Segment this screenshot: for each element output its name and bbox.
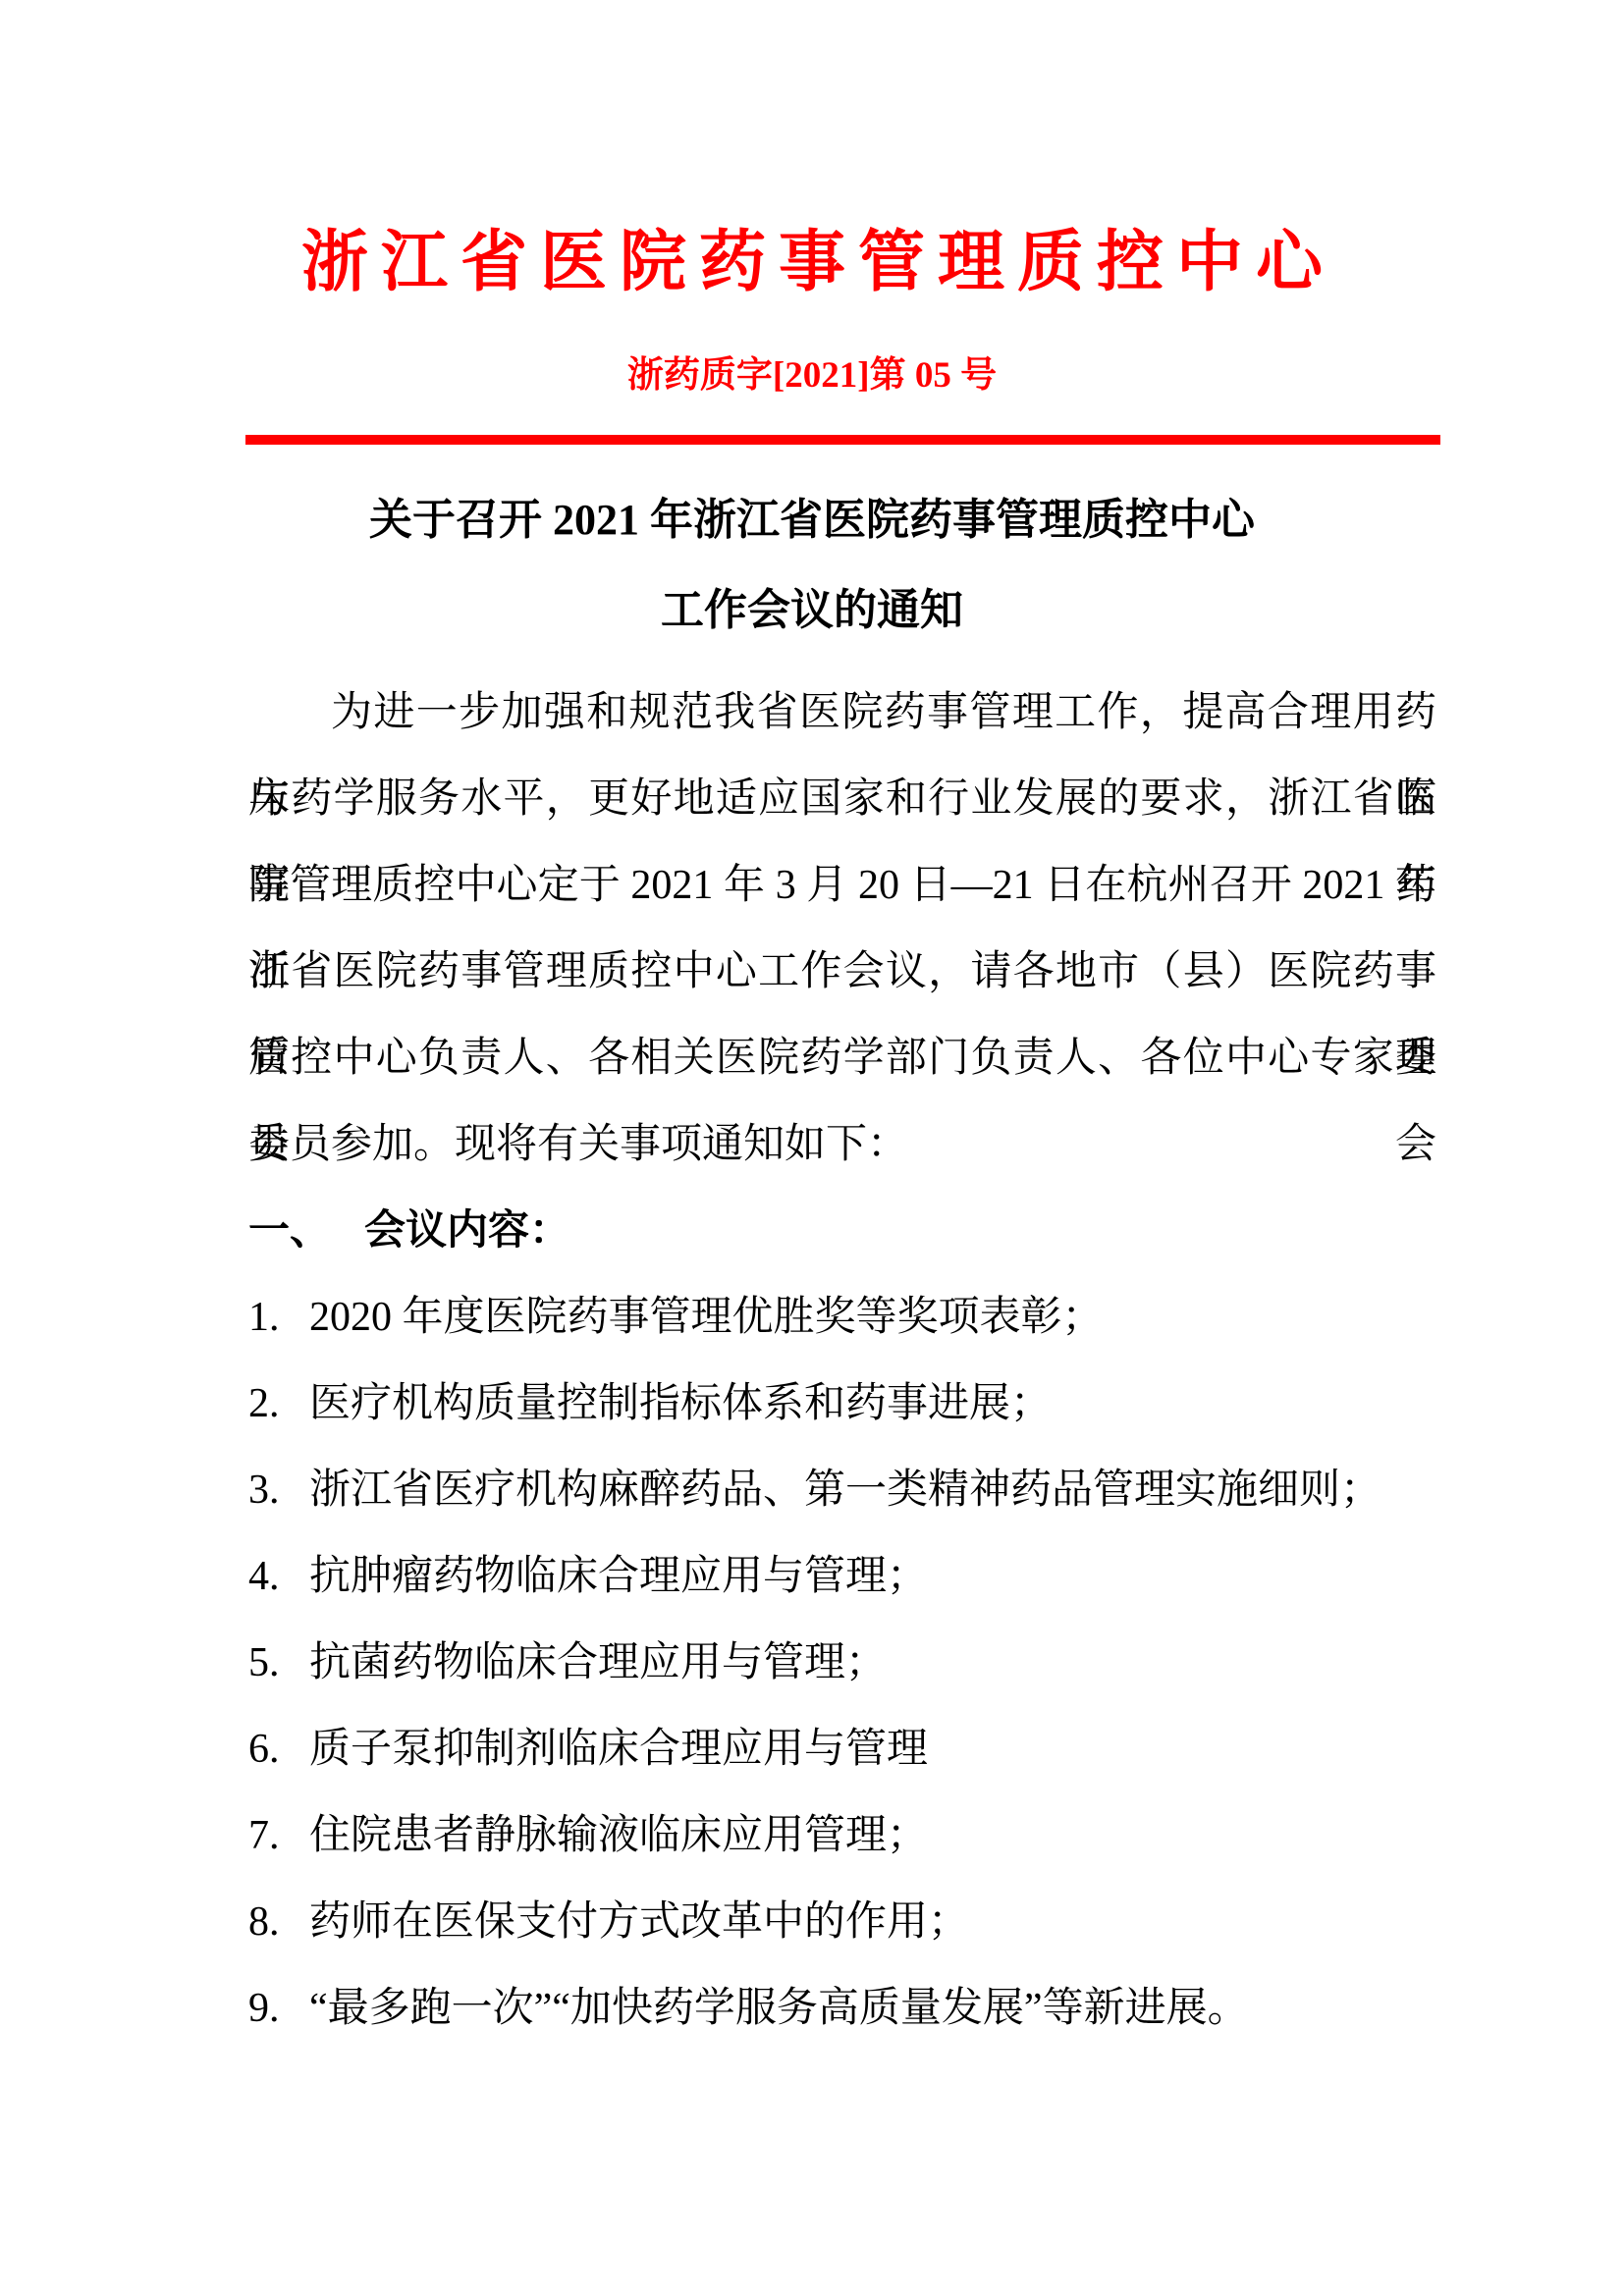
list-item: 2. 医疗机构质量控制指标体系和药事进展； <box>248 1361 1436 1447</box>
section-label: 会议内容： <box>364 1188 570 1274</box>
list-item: 1. 2020 年度医院药事管理优胜奖等奖项表彰； <box>248 1274 1436 1361</box>
section-heading: 一、 会议内容： <box>248 1188 1436 1274</box>
notice-body: 为进一步加强和规范我省医院药事管理工作，提高合理用药与临 床药学服务水平，更好地… <box>248 669 1436 2052</box>
item-number: 6. <box>248 1706 309 1792</box>
organization-title: 浙江省医院药事管理质控中心 <box>0 209 1624 304</box>
list-item: 8. 药师在医保支付方式改革中的作用； <box>248 1879 1436 1965</box>
notice-title-line-1: 关于召开 2021 年浙江省医院药事管理质控中心 <box>0 475 1624 565</box>
list-item: 6. 质子泵抑制剂临床合理应用与管理 <box>248 1706 1436 1792</box>
notice-title-line-2: 工作会议的通知 <box>0 565 1624 656</box>
item-number: 1. <box>248 1274 309 1361</box>
item-number: 5. <box>248 1620 309 1706</box>
item-text: 抗菌药物临床合理应用与管理； <box>309 1620 1436 1706</box>
item-number: 2. <box>248 1361 309 1447</box>
item-text: 浙江省医疗机构麻醉药品、第一类精神药品管理实施细则； <box>309 1447 1436 1533</box>
item-number: 8. <box>248 1879 309 1965</box>
item-number: 4. <box>248 1533 309 1620</box>
list-item: 5. 抗菌药物临床合理应用与管理； <box>248 1620 1436 1706</box>
notice-title: 关于召开 2021 年浙江省医院药事管理质控中心 工作会议的通知 <box>0 475 1624 656</box>
body-line: 质控中心负责人、各相关医院药学部门负责人、各位中心专家委员会 <box>248 1015 1436 1101</box>
body-line: 床药学服务水平，更好地适应国家和行业发展的要求，浙江省医院药 <box>248 756 1436 842</box>
document-number: 浙药质字[2021]第 05 号 <box>0 345 1624 398</box>
section-number: 一、 <box>248 1188 331 1274</box>
red-divider-rule <box>245 435 1440 445</box>
body-line: 江省医院药事管理质控中心工作会议，请各地市（县）医院药事管理 <box>248 929 1436 1015</box>
document-page: 浙江省医院药事管理质控中心 浙药质字[2021]第 05 号 关于召开 2021… <box>0 0 1624 2296</box>
body-line: 为进一步加强和规范我省医院药事管理工作，提高合理用药与临 <box>248 669 1436 756</box>
item-text: 抗肿瘤药物临床合理应用与管理； <box>309 1533 1436 1620</box>
item-text: 医疗机构质量控制指标体系和药事进展； <box>309 1361 1436 1447</box>
body-line: 事管理质控中心定于 2021 年 3 月 20 日—21 日在杭州召开 2021… <box>248 842 1436 929</box>
list-item: 9. “最多跑一次”“加快药学服务高质量发展”等新进展。 <box>248 1965 1436 2052</box>
item-text: 2020 年度医院药事管理优胜奖等奖项表彰； <box>309 1274 1436 1361</box>
item-number: 3. <box>248 1447 309 1533</box>
item-text: 质子泵抑制剂临床合理应用与管理 <box>309 1706 1436 1792</box>
list-item: 4. 抗肿瘤药物临床合理应用与管理； <box>248 1533 1436 1620</box>
item-text: “最多跑一次”“加快药学服务高质量发展”等新进展。 <box>309 1965 1436 2052</box>
item-text: 药师在医保支付方式改革中的作用； <box>309 1879 1436 1965</box>
item-text: 住院患者静脉输液临床应用管理； <box>309 1792 1436 1879</box>
item-number: 7. <box>248 1792 309 1879</box>
item-number: 9. <box>248 1965 309 2052</box>
list-item: 3. 浙江省医疗机构麻醉药品、第一类精神药品管理实施细则； <box>248 1447 1436 1533</box>
list-item: 7. 住院患者静脉输液临床应用管理； <box>248 1792 1436 1879</box>
